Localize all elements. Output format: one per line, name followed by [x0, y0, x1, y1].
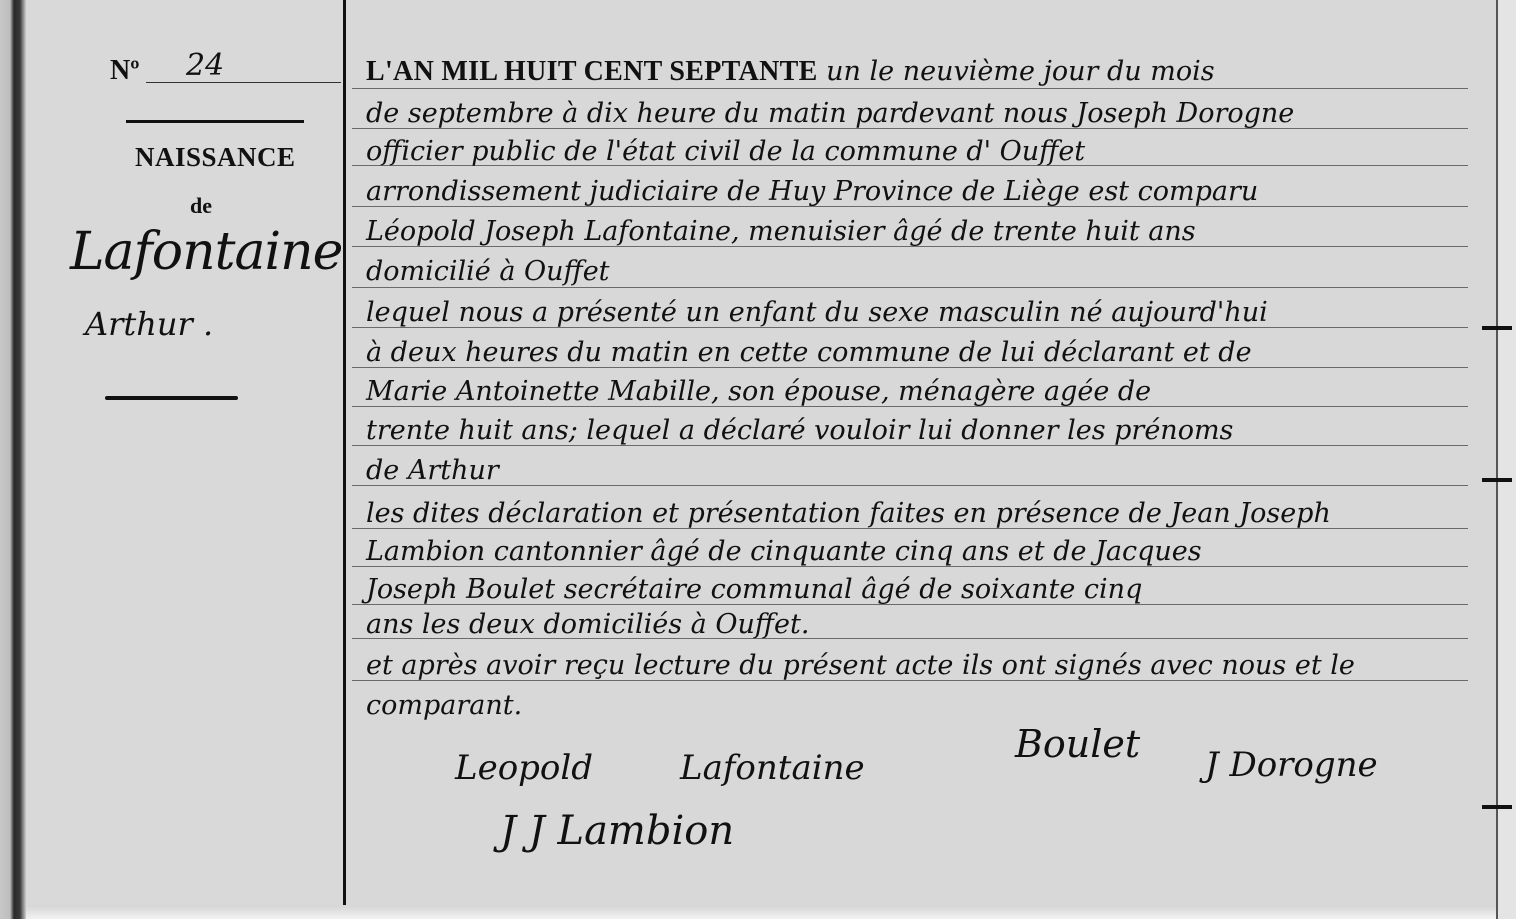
signature-witness-lambion: J J Lambion [500, 808, 734, 854]
signature-witness-boulet: Boulet [1015, 722, 1140, 766]
record-type-heading: NAISSANCE [135, 142, 296, 173]
child-firstname: Arthur . [85, 305, 213, 343]
act-line-7: lequel nous a présenté un enfant du sexe… [366, 293, 1491, 333]
act-text: officier public de l'état civil de la co… [366, 136, 1085, 167]
act-line-17: comparant. [366, 686, 1491, 726]
act-text: à deux heures du matin en cette commune … [366, 337, 1252, 368]
column-divider [343, 0, 346, 919]
act-line-6: domicilié à Ouffet [366, 252, 1491, 292]
register-page: Nº 24 NAISSANCE de Lafontaine Arthur . L… [0, 0, 1516, 919]
act-line-3: officier public de l'état civil de la co… [366, 132, 1491, 172]
act-line-16: et après avoir reçu lecture du présent a… [366, 646, 1491, 686]
act-line-13: Lambion cantonnier âgé de cinquante cinq… [366, 532, 1491, 572]
act-text: et après avoir reçu lecture du présent a… [366, 650, 1355, 681]
margin-divider-bottom [105, 396, 238, 400]
act-text: de Arthur [366, 455, 499, 486]
margin-divider-top [126, 120, 304, 123]
act-text: lequel nous a présenté un enfant du sexe… [366, 297, 1268, 328]
act-text: Joseph Boulet secrétaire communal âgé de… [366, 574, 1142, 605]
record-number: 24 [186, 48, 224, 83]
act-text: Léopold Joseph Lafontaine, menuisier âgé… [366, 216, 1196, 247]
act-text: un le neuvième jour du mois [826, 56, 1214, 87]
right-page-edge [1498, 0, 1516, 919]
act-text: arrondissement judiciaire de Huy Provinc… [366, 176, 1258, 207]
margin-tick-mark [1482, 805, 1512, 809]
act-line-1: L'AN MIL HUIT CENT SEPTANTE un le neuviè… [366, 52, 1491, 92]
act-text: Marie Antoinette Mabille, son épouse, mé… [366, 376, 1151, 407]
child-surname: Lafontaine [70, 222, 342, 282]
margin-column [26, 0, 344, 919]
act-line-5: Léopold Joseph Lafontaine, menuisier âgé… [366, 212, 1491, 252]
act-line-12: les dites déclaration et présentation fa… [366, 494, 1491, 534]
printed-year-header: L'AN MIL HUIT CENT SEPTANTE [366, 56, 818, 87]
signature-father-first: Leopold [455, 748, 593, 788]
act-text: ans les deux domiciliés à Ouffet. [366, 609, 809, 640]
act-line-9: Marie Antoinette Mabille, son épouse, mé… [366, 372, 1491, 412]
act-text: comparant. [366, 690, 522, 721]
record-number-label: Nº [110, 55, 139, 87]
act-text: Lambion cantonnier âgé de cinquante cinq… [366, 536, 1202, 567]
act-line-4: arrondissement judiciaire de Huy Provinc… [366, 172, 1491, 212]
act-text: les dites déclaration et présentation fa… [366, 498, 1331, 529]
record-number-underline [146, 82, 341, 83]
act-text: trente huit ans; lequel a déclaré vouloi… [366, 415, 1233, 446]
act-line-11: de Arthur [366, 451, 1491, 491]
act-line-8: à deux heures du matin en cette commune … [366, 333, 1491, 373]
act-line-2: de septembre à dix heure du matin pardev… [366, 94, 1491, 134]
act-line-15: ans les deux domiciliés à Ouffet. [366, 605, 1491, 645]
signature-father-last: Lafontaine [680, 748, 865, 788]
record-type-de: de [190, 193, 212, 219]
act-text: de septembre à dix heure du matin pardev… [366, 98, 1294, 129]
page-bottom-edge [26, 905, 1496, 919]
page-binding [0, 0, 26, 919]
act-text: domicilié à Ouffet [366, 256, 610, 287]
act-line-14: Joseph Boulet secrétaire communal âgé de… [366, 570, 1491, 610]
act-line-10: trente huit ans; lequel a déclaré vouloi… [366, 411, 1491, 451]
right-border-line [1496, 0, 1498, 919]
signature-officer-dorogne: J Dorogne [1205, 745, 1378, 785]
